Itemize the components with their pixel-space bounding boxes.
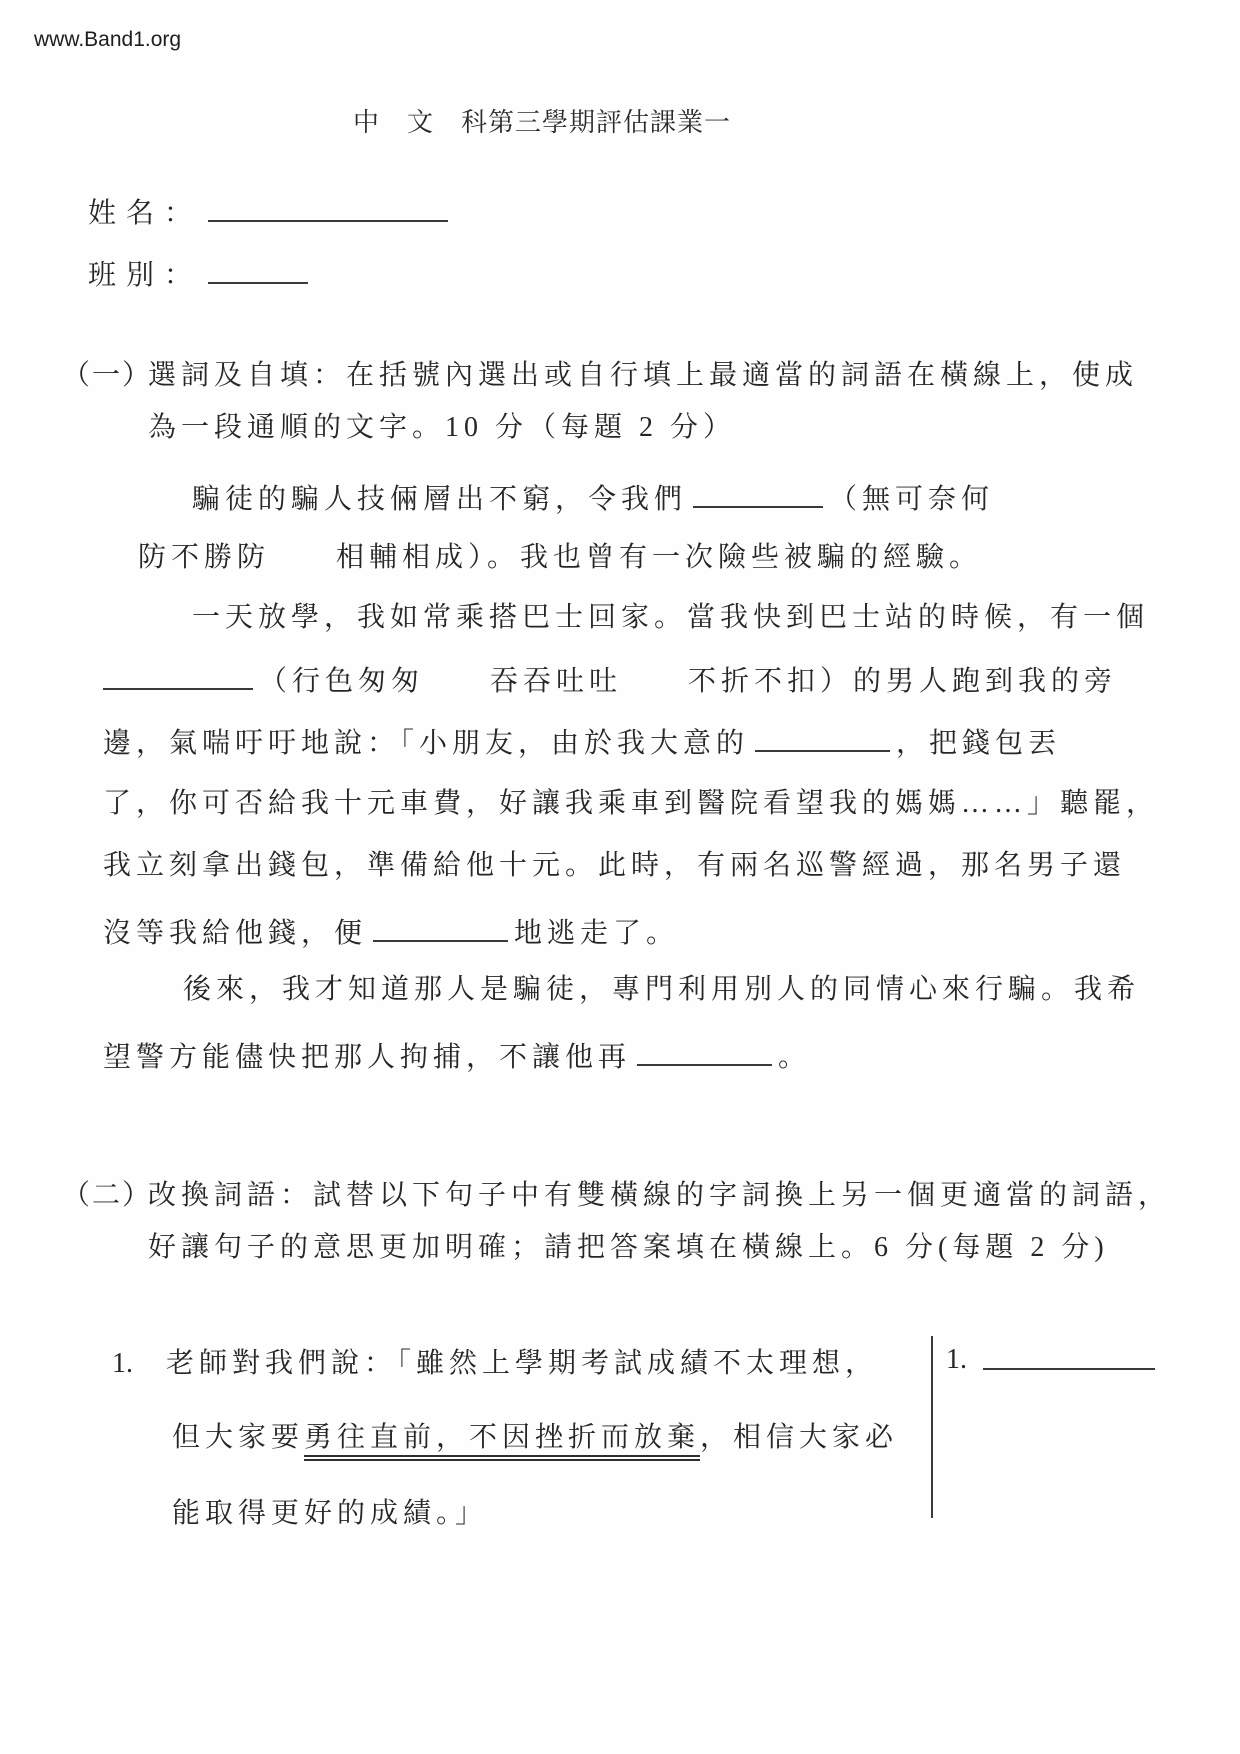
answer-1-blank-line — [983, 1352, 1155, 1370]
name-row: 姓名： — [88, 192, 454, 231]
fill-blank-3 — [755, 722, 890, 752]
fill-blank-4 — [373, 912, 508, 942]
passage-text: ，把錢包丟 — [896, 728, 1061, 759]
passage-line-10: 望警方能儘快把那人拘捕，不讓他再。 — [103, 1036, 811, 1075]
passage-text: 地逃走了。 — [514, 918, 679, 949]
fill-blank-5 — [637, 1036, 772, 1066]
passage-text: 。 — [778, 1042, 811, 1073]
passage-line-9: 後來，我才知道那人是騙徒，專門利用別人的同情心來行騙。我希 — [183, 972, 1140, 1007]
fill-blank-1 — [693, 478, 823, 508]
passage-text: 望警方能儘快把那人拘捕，不讓他再 — [103, 1042, 631, 1073]
fill-blank-2 — [103, 660, 253, 690]
passage-text: 邊，氣喘吁吁地說：「小朋友，由於我大意的 — [103, 728, 749, 759]
question-1-number: 1. — [112, 1346, 133, 1381]
question-1-line-2: 但大家要勇往直前，不因挫折而放棄，相信大家必 — [172, 1420, 898, 1455]
section-1-instruction-line-1: 選詞及自填：在括號內選出或自行填上最適當的詞語在橫線上，使成 — [148, 358, 1138, 393]
passage-line-3: 一天放學，我如常乘搭巴士回家。當我快到巴士站的時候，有一個 — [192, 600, 1149, 635]
passage-text: 騙徒的騙人技倆層出不窮，令我們 — [192, 484, 687, 515]
class-label: 班別： — [88, 260, 202, 291]
passage-text: （無可奈何 — [829, 484, 994, 515]
section-2-instruction-line-1: 改換詞語：試替以下句子中有雙橫線的字詞換上另一個更適當的詞語， — [148, 1178, 1171, 1213]
name-label: 姓名： — [88, 198, 202, 229]
worksheet-page: www.Band1.org 中 文 科第三學期評估課業一 姓名： 班別： （一）… — [0, 0, 1240, 1754]
section-2-instruction-line-2: 好讓句子的意思更加明確；請把答案填在橫線上。6 分(每題 2 分) — [148, 1230, 1109, 1265]
passage-line-5: 邊，氣喘吁吁地說：「小朋友，由於我大意的，把錢包丟 — [103, 722, 1061, 761]
page-title: 中 文 科第三學期評估課業一 — [0, 102, 1084, 139]
double-underlined-phrase: 勇往直前，不因挫折而放棄 — [304, 1422, 700, 1461]
name-blank-line — [208, 192, 448, 222]
class-row: 班別： — [88, 254, 314, 293]
section-1-marker: （一） — [62, 358, 152, 393]
passage-line-2: 防不勝防 相輔相成）。我也曾有一次險些被騙的經驗。 — [138, 540, 982, 575]
question-1-line-1: 老師對我們說：「雖然上學期考試成績不太理想， — [166, 1346, 878, 1381]
passage-line-4: （行色匆匆 吞吞吐吐 不折不扣）的男人跑到我的旁 — [103, 660, 1117, 699]
section-2-marker: （二） — [62, 1178, 152, 1213]
question-text: 但大家要 — [172, 1422, 304, 1453]
section-1-instruction-line-2: 為一段通順的文字。10 分（每題 2 分） — [148, 410, 736, 445]
question-text: ，相信大家必 — [700, 1422, 898, 1453]
passage-line-8: 沒等我給他錢，便地逃走了。 — [103, 912, 679, 951]
passage-line-1: 騙徒的騙人技倆層出不窮，令我們（無可奈何 — [192, 478, 994, 517]
passage-text: （行色匆匆 吞吞吐吐 不折不扣）的男人跑到我的旁 — [259, 666, 1117, 697]
question-1-line-3: 能取得更好的成績。」 — [172, 1496, 488, 1531]
watermark-url: www.Band1.org — [34, 28, 181, 52]
answer-column-divider — [931, 1336, 933, 1518]
answer-1-number: 1. — [946, 1342, 967, 1377]
class-blank-line — [208, 254, 308, 284]
passage-line-6: 了，你可否給我十元車費，好讓我乘車到醫院看望我的媽媽……」聽罷， — [103, 786, 1159, 821]
passage-line-7: 我立刻拿出錢包，準備給他十元。此時，有兩名巡警經過，那名男子還 — [103, 848, 1126, 883]
passage-text: 沒等我給他錢，便 — [103, 918, 367, 949]
